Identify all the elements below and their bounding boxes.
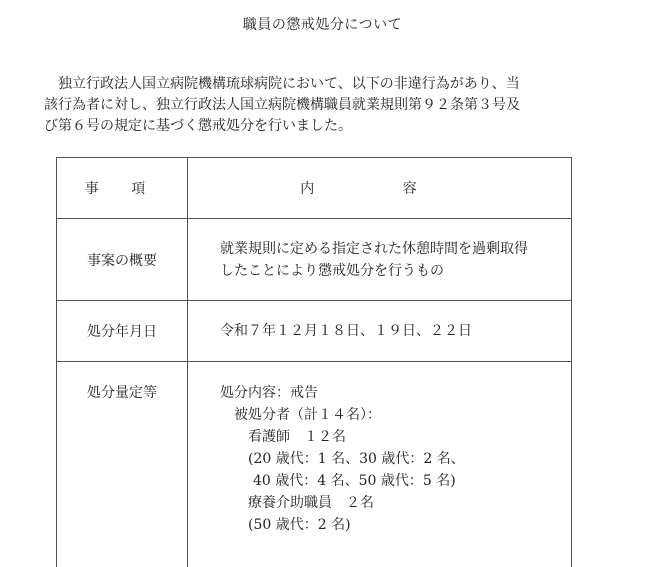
header-item: 事 項: [57, 158, 188, 219]
content-line: 令和７年１２月１８日、１９日、２２日: [220, 320, 571, 342]
intro-paragraph: 独立行政法人国立病院機構琉球病院において、以下の非違行為があり、当 該行為者に対…: [44, 74, 564, 137]
header-content: 内 容: [188, 158, 572, 219]
content-line: したことにより懲戒処分を行うもの: [220, 260, 571, 282]
content-line: 40 歳代：4 名、50 歳代：5 名): [220, 470, 571, 492]
content-line: 療養介助職員 ２名: [220, 492, 571, 514]
paragraph-line: 該行為者に対し、独立行政法人国立病院機構職員就業規則第９２条第３号及: [44, 95, 564, 116]
content-line: 看護師 １２名: [220, 426, 571, 448]
table-row: 処分量定等 処分内容：戒告 被処分者（計１４名）： 看護師 １２名 (20 歳代…: [57, 362, 572, 567]
row-content-summary: 就業規則に定める指定された休憩時間を過剰取得 したことにより懲戒処分を行うもの: [188, 219, 572, 301]
content-line: (20 歳代：1 名、30 歳代：2 名、: [220, 448, 571, 470]
disciplinary-table: 事 項 内 容 事案の概要 就業規則に定める指定された休憩時間を過剰取得 したこ…: [56, 157, 572, 567]
row-label-summary: 事案の概要: [57, 219, 188, 301]
paragraph-line: 独立行政法人国立病院機構琉球病院において、以下の非違行為があり、当: [44, 74, 564, 95]
document-title: 職員の懲戒処分について: [0, 14, 645, 34]
row-content-penalty: 処分内容：戒告 被処分者（計１４名）： 看護師 １２名 (20 歳代：1 名、3…: [188, 362, 572, 567]
content-line: 就業規則に定める指定された休憩時間を過剰取得: [220, 238, 571, 260]
row-content-date: 令和７年１２月１８日、１９日、２２日: [188, 301, 572, 362]
content-line: (50 歳代：2 名): [220, 514, 571, 536]
content-line: 処分内容：戒告: [220, 382, 571, 404]
paragraph-line: び第６号の規定に基づく懲戒処分を行いました。: [44, 116, 564, 137]
table-row: 事案の概要 就業規則に定める指定された休憩時間を過剰取得 したことにより懲戒処分…: [57, 219, 572, 301]
table-header-row: 事 項 内 容: [57, 158, 572, 219]
row-label-penalty: 処分量定等: [57, 362, 188, 567]
table-row: 処分年月日 令和７年１２月１８日、１９日、２２日: [57, 301, 572, 362]
content-line: 被処分者（計１４名）：: [220, 404, 571, 426]
row-label-date: 処分年月日: [57, 301, 188, 362]
